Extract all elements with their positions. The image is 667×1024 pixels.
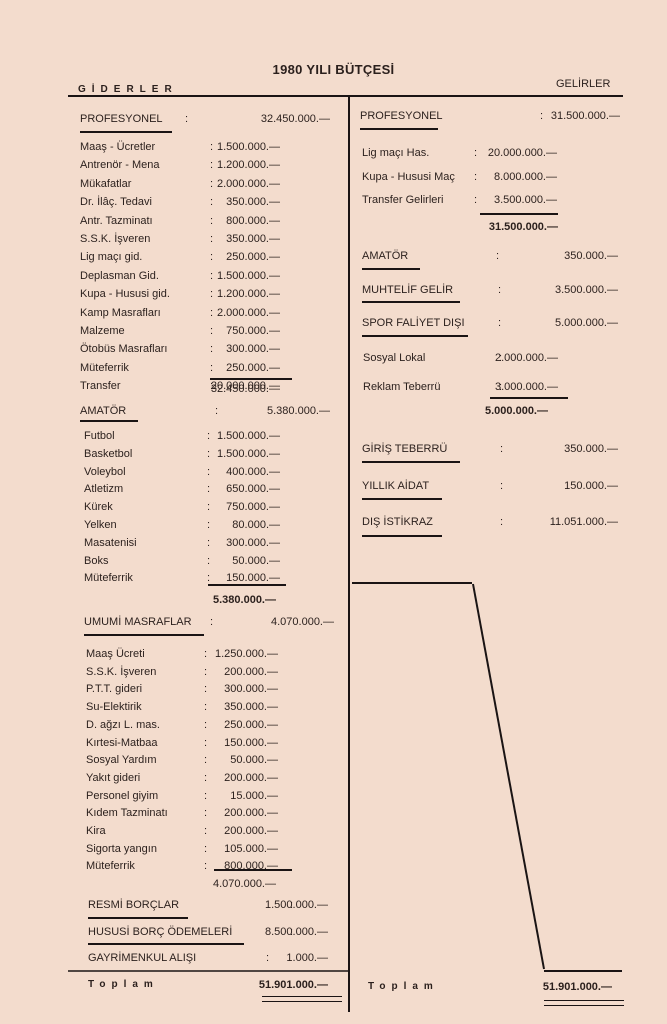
gider-profesyonel-sum-line [210, 378, 292, 380]
gider-umumi-item-label: Su-Elektirik [86, 701, 142, 713]
gider-amator-item-colon: : [207, 555, 210, 567]
gider-profesyonel-header-colon: : [185, 113, 188, 125]
gelir-muhtelif-colon: : [498, 284, 501, 296]
gider-amator-item-colon: : [207, 483, 210, 495]
gider-profesyonel-item-colon: : [210, 141, 213, 153]
gider-amator-item-value: 1.500.000.— [217, 448, 280, 460]
gider-amator-item-label: Voleybol [84, 466, 126, 478]
gelir-dis-istikraz-underline [362, 535, 442, 537]
gelir-profesyonel-header-label: PROFESYONEL [360, 110, 443, 122]
gelir-dis-istikraz-value: 11.051.000.— [550, 516, 618, 528]
gider-amator-header-label: AMATÖR [80, 405, 126, 417]
gider-profesyonel-item: Antr. Tazminatı:800.000.— [80, 215, 280, 229]
gider-umumi-item-colon: : [204, 790, 207, 802]
gider-amator-item-label: Kürek [84, 501, 113, 513]
gelir-toplam-double-underline [544, 1000, 624, 1006]
gider-profesyonel-item-value: 800.000.— [226, 215, 280, 227]
gider-amator-item-label: Futbol [84, 430, 115, 442]
gider-gayrimenkul-colon: : [266, 952, 269, 964]
gider-gayrimenkul: GAYRİMENKUL ALIŞI:1.000.— [88, 952, 340, 966]
gider-umumi-item-value: 200.000.— [224, 807, 278, 819]
gider-profesyonel-item-colon: : [210, 196, 213, 208]
gelir-profesyonel-item-value: 3.500.000.— [494, 194, 557, 206]
gelir-amator: AMATÖR:350.000.— [362, 250, 630, 264]
gelir-spor-disi-item-label: Sosyal Lokal [363, 352, 425, 364]
gelir-dis-istikraz-label: DIŞ İSTİKRAZ [362, 516, 433, 528]
gelir-spor-disi-subtotal: 5.000.000.— [470, 405, 548, 419]
gider-umumi-item-label: D. ağzı L. mas. [86, 719, 160, 731]
gider-umumi-item-colon: : [204, 648, 207, 660]
gelir-spor-disi-sum-line [490, 397, 568, 399]
gider-amator-item-value: 650.000.— [226, 483, 280, 495]
gider-profesyonel-item-value: 250.000.— [226, 362, 280, 374]
gelir-profesyonel-item-colon: : [474, 147, 477, 159]
gider-umumi-item-colon: : [204, 754, 207, 766]
gider-amator-item-value: 400.000.— [226, 466, 280, 478]
gelir-yillik-aidat-colon: : [500, 480, 503, 492]
gider-umumi-sum-line [214, 869, 292, 871]
gider-profesyonel-header-value: 32.450.000.— [261, 113, 330, 125]
gelir-dis-istikraz: DIŞ İSTİKRAZ:11.051.000.— [362, 516, 630, 530]
gider-umumi-item-label: Sigorta yangın [86, 843, 157, 855]
gider-umumi-item: Kıdem Tazminatı:200.000.— [86, 807, 278, 821]
gelir-profesyonel-subtotal: 31.500.000.— [470, 221, 558, 235]
gelir-profesyonel-item: Kupa - Hususi Maç:8.000.000.— [362, 171, 557, 185]
gelir-profesyonel-item-label: Kupa - Hususi Maç [362, 171, 455, 183]
gider-umumi-item-colon: : [204, 701, 207, 713]
gider-hususi-borc-underline [88, 943, 244, 945]
gider-umumi-item-label: Personel giyim [86, 790, 158, 802]
gider-hususi-borc-label: HUSUSİ BORÇ ÖDEMELERİ [88, 926, 232, 938]
gider-profesyonel-item-value: 350.000.— [226, 196, 280, 208]
gider-profesyonel-item-colon: : [210, 362, 213, 374]
gider-amator-item-label: Boks [84, 555, 108, 567]
gelir-yillik-aidat-value: 150.000.— [564, 480, 618, 492]
gider-profesyonel-item-colon: : [210, 233, 213, 245]
gider-umumi-item-label: S.S.K. İşveren [86, 666, 156, 678]
gider-profesyonel-item-colon: : [210, 178, 213, 190]
gider-profesyonel-item-label: Kupa - Hususi gid. [80, 288, 170, 300]
gider-amator-item: Masatenisi:300.000.— [84, 537, 280, 551]
gelir-toplam-label: Toplam [368, 981, 439, 992]
gider-profesyonel-item-value: 2.000.000.— [217, 178, 280, 190]
gelir-spor-disi-item-value: 2.000.000.— [495, 352, 558, 364]
gider-profesyonel-item: Maaş - Ücretler:1.500.000.— [80, 141, 280, 155]
gider-profesyonel-item-colon: : [210, 270, 213, 282]
gider-umumi-item-label: Kıdem Tazminatı [86, 807, 168, 819]
gider-amator-item-label: Atletizm [84, 483, 123, 495]
gider-amator-item: Voleybol:400.000.— [84, 466, 280, 480]
gider-amator-item-colon: : [207, 519, 210, 531]
gider-profesyonel-item: Müteferrik:250.000.— [80, 362, 280, 376]
gelir-yillik-aidat-label: YILLIK AİDAT [362, 480, 429, 492]
gider-umumi-item-value: 1.250.000.— [215, 648, 278, 660]
gelir-toplam-value: 51.901.000.— [543, 981, 612, 993]
gider-umumi-subtotal: 4.070.000.— [200, 878, 276, 892]
gider-umumi-item-label: Müteferrik [86, 860, 135, 872]
gider-resmi-borclar-label: RESMİ BORÇLAR [88, 899, 179, 911]
gelir-amator-label: AMATÖR [362, 250, 408, 262]
gider-profesyonel-subtotal-value: 32.450.000.— [211, 383, 280, 395]
gider-amator-item-value: 50.000.— [232, 555, 280, 567]
gider-amator-item-colon: : [207, 572, 210, 584]
gider-umumi-item-value: 150.000.— [224, 737, 278, 749]
gelir-spor-disi-item-value: 3.000.000.— [495, 381, 558, 393]
gelir-profesyonel-header-value: 31.500.000.— [551, 110, 620, 122]
gider-toplam-value: 51.901.000.— [259, 979, 328, 991]
gider-umumi-item-value: 50.000.— [230, 754, 278, 766]
gider-umumi-header-colon: : [210, 616, 213, 628]
gider-umumi-item-colon: : [204, 719, 207, 731]
gider-umumi-item: Kırtesi-Matbaa:150.000.— [86, 737, 278, 751]
gelir-giris-teberru-value: 350.000.— [564, 443, 618, 455]
gider-umumi-underline [84, 634, 204, 636]
gider-profesyonel-item-value: 1.200.000.— [217, 288, 280, 300]
gider-profesyonel-item-label: Transfer [80, 380, 121, 392]
gider-profesyonel-item-colon: : [210, 343, 213, 355]
gider-umumi-item: Yakıt gideri:200.000.— [86, 772, 278, 786]
gider-amator-item-label: Müteferrik [84, 572, 133, 584]
gider-amator-item-label: Yelken [84, 519, 117, 531]
gider-toplam-label: Toplam [88, 979, 159, 990]
gider-profesyonel-item: S.S.K. İşveren:350.000.— [80, 233, 280, 247]
gider-umumi-item-colon: : [204, 860, 207, 872]
gider-gayrimenkul-label: GAYRİMENKUL ALIŞI [88, 952, 196, 964]
gelir-muhtelif-value: 3.500.000.— [555, 284, 618, 296]
gider-umumi-header: UMUMİ MASRAFLAR:4.070.000.— [84, 616, 340, 630]
gelir-giris-teberru-label: GİRİŞ TEBERRÜ [362, 443, 447, 455]
gider-umumi-item-colon: : [204, 825, 207, 837]
gider-profesyonel-item-value: 250.000.— [226, 251, 280, 263]
gider-umumi-item: Maaş Ücreti:1.250.000.— [86, 648, 278, 662]
gelir-spor-disi-item: Reklam Teberrü:3.000.000.— [363, 381, 558, 395]
gider-amator-subtotal-value: 5.380.000.— [213, 594, 276, 606]
gelir-spor-disi-header-label: SPOR FALİYET DIŞI [362, 317, 465, 329]
gider-umumi-item-colon: : [204, 772, 207, 784]
gelir-profesyonel-header-colon: : [540, 110, 543, 122]
gider-umumi-item: S.S.K. İşveren:200.000.— [86, 666, 278, 680]
gider-amator-header-value: 5.380.000.— [267, 405, 330, 417]
gider-amator-header: AMATÖR:5.380.000.— [80, 405, 340, 419]
gider-amator-item-value: 80.000.— [232, 519, 280, 531]
gider-profesyonel-item: Antrenör - Mena:1.200.000.— [80, 159, 280, 173]
gider-umumi-item-value: 200.000.— [224, 666, 278, 678]
gelir-amator-underline [362, 268, 420, 270]
gider-amator-item-label: Masatenisi [84, 537, 137, 549]
gelir-amator-value: 350.000.— [564, 250, 618, 262]
gider-profesyonel-item-colon: : [210, 251, 213, 263]
gider-amator-item: Futbol:1.500.000.— [84, 430, 280, 444]
gelir-profesyonel-header: PROFESYONEL:31.500.000.— [360, 110, 630, 124]
gider-profesyonel-item: Kamp Masrafları:2.000.000.— [80, 307, 280, 321]
gider-umumi-item-colon: : [204, 683, 207, 695]
gider-umumi-item-value: 200.000.— [224, 825, 278, 837]
gider-amator-header-colon: : [215, 405, 218, 417]
gider-profesyonel-header: PROFESYONEL:32.450.000.— [80, 113, 340, 127]
gelir-profesyonel-item-label: Transfer Gelirleri [362, 194, 444, 206]
gelir-profesyonel-item-label: Lig maçı Has. [362, 147, 429, 159]
gelir-spor-disi-header-value: 5.000.000.— [555, 317, 618, 329]
gelir-profesyonel-item-colon: : [474, 171, 477, 183]
gider-toplam-double-underline [262, 996, 342, 1002]
gider-profesyonel-item-value: 300.000.— [226, 343, 280, 355]
gelir-profesyonel-item-value: 8.000.000.— [494, 171, 557, 183]
gelir-spor-disi-header-colon: : [498, 317, 501, 329]
gider-profesyonel-item-colon: : [210, 307, 213, 319]
gider-amator-item: Kürek:750.000.— [84, 501, 280, 515]
gider-umumi-item: Sigorta yangın:105.000.— [86, 843, 278, 857]
gelir-muhtelif-underline [362, 301, 460, 303]
gider-profesyonel-item-label: Müteferrik [80, 362, 129, 374]
gider-amator-item-colon: : [207, 537, 210, 549]
gider-umumi-item-label: Kira [86, 825, 106, 837]
gider-profesyonel-item: Malzeme:750.000.— [80, 325, 280, 339]
gider-amator-item-colon: : [207, 466, 210, 478]
gider-umumi-item-value: 350.000.— [224, 701, 278, 713]
gider-profesyonel-item-label: Maaş - Ücretler [80, 141, 155, 153]
gider-profesyonel-item-label: Antr. Tazminatı [80, 215, 153, 227]
gider-profesyonel-item-value: 750.000.— [226, 325, 280, 337]
gelir-toplam: Toplam51.901.000.— [368, 981, 622, 995]
gider-profesyonel-subtotal: 32.450.000.— [200, 383, 280, 397]
gider-profesyonel-item-label: Kamp Masrafları [80, 307, 161, 319]
gider-umumi-header-value: 4.070.000.— [271, 616, 334, 628]
gelir-profesyonel-sum-line [480, 213, 558, 215]
gider-umumi-item-colon: : [204, 807, 207, 819]
gider-profesyonel-item-label: Mükafatlar [80, 178, 131, 190]
gider-profesyonel-item-label: Antrenör - Mena [80, 159, 159, 171]
gider-umumi-item: Personel giyim:15.000.— [86, 790, 278, 804]
gider-umumi-item-value: 250.000.— [224, 719, 278, 731]
gider-amator-item-colon: : [207, 501, 210, 513]
gider-amator-underline [80, 420, 138, 422]
gider-amator-item-colon: : [207, 448, 210, 460]
gider-profesyonel-item: Dr. İlâç. Tedavi:350.000.— [80, 196, 280, 210]
gelir-profesyonel-underline [360, 128, 438, 130]
gider-profesyonel-underline [80, 131, 172, 133]
gider-umumi-item-colon: : [204, 666, 207, 678]
gider-amator-item: Atletizm:650.000.— [84, 483, 280, 497]
gelir-dis-istikraz-colon: : [500, 516, 503, 528]
gider-profesyonel-item-label: Lig maçı gid. [80, 251, 142, 263]
gider-resmi-borclar: RESMİ BORÇLAR:1.500.000.— [88, 899, 340, 913]
gider-hususi-borc: HUSUSİ BORÇ ÖDEMELERİ:8.500.000.— [88, 926, 340, 940]
gider-umumi-item-value: 300.000.— [224, 683, 278, 695]
gider-umumi-header-label: UMUMİ MASRAFLAR [84, 616, 192, 628]
gider-profesyonel-item: Deplasman Gid.:1.500.000.— [80, 270, 280, 284]
gider-profesyonel-item: Mükafatlar:2.000.000.— [80, 178, 280, 192]
gider-amator-item: Yelken:80.000.— [84, 519, 280, 533]
gider-umumi-item-label: P.T.T. gideri [86, 683, 142, 695]
gider-resmi-borclar-value: 1.500.000.— [265, 899, 328, 911]
gider-toplam: Toplam51.901.000.— [88, 979, 340, 993]
gelir-amator-colon: : [496, 250, 499, 262]
gider-profesyonel-item-label: Dr. İlâç. Tedavi [80, 196, 152, 208]
gider-umumi-item: Sosyal Yardım:50.000.— [86, 754, 278, 768]
gider-umumi-item: D. ağzı L. mas.:250.000.— [86, 719, 278, 733]
gider-resmi-borclar-underline [88, 917, 188, 919]
gider-umumi-item-colon: : [204, 737, 207, 749]
gider-profesyonel-item-label: Ötobüs Masrafları [80, 343, 167, 355]
gelir-profesyonel-item: Transfer Gelirleri:3.500.000.— [362, 194, 557, 208]
gider-umumi-item-colon: : [204, 843, 207, 855]
gelir-profesyonel-item: Lig maçı Has.:20.000.000.— [362, 147, 557, 161]
gider-amator-item-value: 150.000.— [226, 572, 280, 584]
gelir-spor-disi-item: Sosyal Lokal:2.000.000.— [363, 352, 558, 366]
gider-profesyonel-item-label: Deplasman Gid. [80, 270, 159, 282]
gider-profesyonel-header-label: PROFESYONEL [80, 113, 163, 125]
gelir-spor-disi-underline [362, 335, 468, 337]
gelir-giris-teberru-colon: : [500, 443, 503, 455]
gider-profesyonel-item-value: 350.000.— [226, 233, 280, 245]
gider-profesyonel-item: Kupa - Hususi gid.:1.200.000.— [80, 288, 280, 302]
gider-profesyonel-item-value: 1.500.000.— [217, 270, 280, 282]
gider-amator-item-colon: : [207, 430, 210, 442]
gider-profesyonel-item-colon: : [210, 325, 213, 337]
gelir-muhtelif-label: MUHTELİF GELİR [362, 284, 453, 296]
gider-umumi-item-value: 105.000.— [224, 843, 278, 855]
gelir-muhtelif: MUHTELİF GELİR:3.500.000.— [362, 284, 630, 298]
gider-amator-item: Basketbol:1.500.000.— [84, 448, 280, 462]
gider-gayrimenkul-value: 1.000.— [286, 952, 328, 964]
gider-profesyonel-item-value: 1.500.000.— [217, 141, 280, 153]
gelir-spor-disi-header: SPOR FALİYET DIŞI:5.000.000.— [362, 317, 630, 331]
gider-umumi-item-value: 15.000.— [230, 790, 278, 802]
gider-profesyonel-item-value: 2.000.000.— [217, 307, 280, 319]
gider-amator-item-value: 1.500.000.— [217, 430, 280, 442]
gider-umumi-item: Müteferrik:800.000.— [86, 860, 278, 874]
gider-profesyonel-item-label: Malzeme [80, 325, 125, 337]
gider-profesyonel-item: Lig maçı gid.:250.000.— [80, 251, 280, 265]
gider-umumi-item-label: Maaş Ücreti [86, 648, 145, 660]
gider-amator-item-value: 300.000.— [226, 537, 280, 549]
gider-profesyonel-item-colon: : [210, 215, 213, 227]
gider-amator-subtotal: 5.380.000.— [200, 594, 276, 608]
gelir-yillik-aidat-underline [362, 498, 442, 500]
gider-profesyonel-item-label: S.S.K. İşveren [80, 233, 150, 245]
gider-profesyonel-item-value: 1.200.000.— [217, 159, 280, 171]
gider-umumi-item-label: Kırtesi-Matbaa [86, 737, 158, 749]
gelir-spor-disi-subtotal-value: 5.000.000.— [485, 405, 548, 417]
gider-amator-item-value: 750.000.— [226, 501, 280, 513]
gider-umumi-item: Su-Elektirik:350.000.— [86, 701, 278, 715]
gelir-giris-teberru: GİRİŞ TEBERRÜ:350.000.— [362, 443, 630, 457]
gider-profesyonel-item-colon: : [210, 159, 213, 171]
gider-umumi-item-label: Sosyal Yardım [86, 754, 157, 766]
gider-amator-sum-line [208, 584, 286, 586]
gider-umumi-item-label: Yakıt gideri [86, 772, 140, 784]
gelir-profesyonel-item-value: 20.000.000.— [488, 147, 557, 159]
gider-profesyonel-item: Ötobüs Masrafları:300.000.— [80, 343, 280, 357]
gelir-profesyonel-item-colon: : [474, 194, 477, 206]
gider-umumi-subtotal-value: 4.070.000.— [213, 878, 276, 890]
gider-umumi-item: P.T.T. gideri:300.000.— [86, 683, 278, 697]
gider-hususi-borc-value: 8.500.000.— [265, 926, 328, 938]
gelir-yillik-aidat: YILLIK AİDAT:150.000.— [362, 480, 630, 494]
gider-umumi-item: Kira:200.000.— [86, 825, 278, 839]
gider-amator-item-label: Basketbol [84, 448, 132, 460]
gelir-profesyonel-subtotal-value: 31.500.000.— [489, 221, 558, 233]
gelir-giris-teberru-underline [362, 461, 460, 463]
gider-amator-item: Boks:50.000.— [84, 555, 280, 569]
gider-profesyonel-item-colon: : [210, 288, 213, 300]
gelir-spor-disi-item-label: Reklam Teberrü [363, 381, 440, 393]
gider-umumi-item-value: 200.000.— [224, 772, 278, 784]
